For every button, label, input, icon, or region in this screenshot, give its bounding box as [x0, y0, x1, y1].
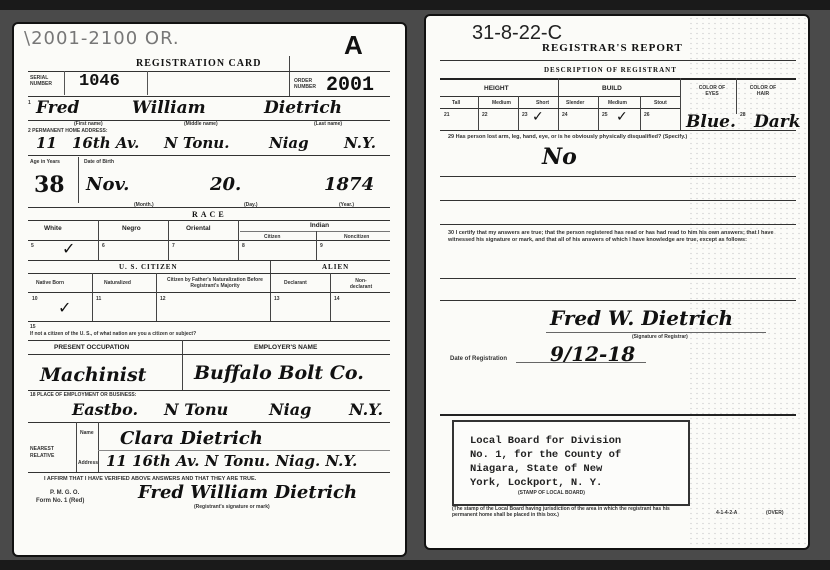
stamp-sub: (STAMP OF LOCAL BOARD): [518, 490, 585, 496]
non-declarant-label: Non-declarant: [346, 278, 376, 290]
race-num: 7: [172, 243, 175, 249]
divider: [28, 240, 390, 241]
divider: [168, 220, 169, 260]
race-num: 8: [242, 243, 245, 249]
stamp-line-3: Niagara, State of New: [470, 462, 602, 476]
q29-label: 29 Has person lost arm, leg, hand, eye, …: [448, 134, 788, 141]
signature-caption: (Registrant's signature or mark): [194, 504, 270, 510]
employer-value: Buffalo Bolt Co.: [194, 362, 364, 384]
employment-county: Niag: [269, 400, 311, 419]
declarant-label: Declarant: [284, 280, 307, 286]
occupation-value: Machinist: [40, 364, 146, 386]
divider: [440, 96, 680, 97]
relative-address-label: Address: [78, 460, 98, 466]
divider: [98, 220, 99, 260]
registration-card-front: \2001-2100 OR. A REGISTRATION CARD SERIA…: [12, 22, 407, 557]
hair-color-label: COLOR OF HAIR: [746, 85, 780, 97]
form-id: P. M. G. O.: [50, 490, 79, 496]
divider: [640, 96, 641, 130]
registrars-report-back: 31-8-22-C REGISTRAR'S REPORT DESCRIPTION…: [424, 14, 810, 550]
divider: [440, 78, 796, 80]
form-name: Form No. 1 (Red): [36, 498, 84, 504]
build-medium-checkmark: ✓: [616, 109, 628, 125]
employer-label: EMPLOYER'S NAME: [254, 344, 317, 351]
divider: [28, 220, 390, 221]
divider: [28, 155, 390, 156]
divider: [238, 220, 239, 260]
employment-state: N.Y.: [349, 400, 383, 419]
hair-color-value: Dark: [754, 112, 801, 132]
card-title: REGISTRATION CARD: [136, 58, 261, 69]
divider: [28, 207, 390, 208]
desc-num: 21: [444, 112, 450, 118]
occupation-label: PRESENT OCCUPATION: [54, 344, 129, 351]
serial-box: 1046: [64, 71, 148, 95]
registration-date-label: Date of Registration: [450, 356, 507, 362]
q30-label: 30 I certify that my answers are true; t…: [448, 230, 788, 244]
native-born-checkmark: ✓: [58, 298, 71, 317]
divider: [28, 422, 390, 423]
divider: [330, 273, 331, 321]
race-white-checkmark: ✓: [62, 239, 75, 258]
bottom-border: [0, 560, 830, 570]
serial-label: SERIAL NUMBER: [30, 75, 60, 87]
pencil-note: \2001-2100 OR.: [24, 28, 180, 49]
cit-num: 14: [334, 296, 340, 302]
relative-label: NEAREST RELATIVE: [30, 446, 70, 460]
height-short: Short: [536, 100, 549, 106]
desc-num: 24: [562, 112, 568, 118]
name-last: Dietrich: [264, 98, 342, 118]
stamp-line-2: No. 1, for the County of: [470, 448, 621, 462]
divider: [440, 200, 796, 201]
divider: [182, 340, 183, 390]
divider: [478, 96, 479, 130]
dob-month: Nov.: [86, 174, 129, 195]
race-white-label: White: [44, 225, 62, 232]
divider: [440, 278, 796, 279]
divider: [28, 273, 390, 274]
race-num: 5: [31, 243, 34, 249]
divider: [270, 261, 271, 321]
q15-label: If not a citizen of the U. S., of what n…: [30, 331, 196, 337]
divider: [516, 362, 646, 363]
native-born-label: Native Born: [36, 280, 64, 286]
dob-label: Date of Birth: [84, 159, 114, 165]
dob-day: 20.: [210, 174, 241, 195]
race-num: 9: [320, 243, 323, 249]
q29-answer: No: [542, 144, 577, 170]
name-first: Fred: [36, 98, 79, 118]
employment-place-label: 18 PLACE OF EMPLOYMENT OR BUSINESS:: [30, 392, 136, 398]
divider: [28, 96, 390, 97]
home-city: N Tonu.: [164, 134, 229, 152]
alien-title: ALIEN: [322, 263, 349, 271]
height-title: HEIGHT: [484, 85, 509, 92]
age-value: 38: [34, 172, 65, 198]
order-label: ORDER NUMBER: [294, 78, 322, 90]
serial-number: 1046: [79, 72, 120, 91]
divider: [546, 332, 766, 333]
divider: [78, 157, 79, 203]
build-title: BUILD: [602, 85, 622, 92]
cit-num: 11: [96, 296, 101, 302]
divider: [28, 292, 390, 293]
order-number: 2001: [326, 74, 374, 97]
divider: [28, 472, 390, 473]
divider: [28, 390, 390, 391]
race-title: RACE: [192, 210, 227, 219]
name-sub-middle: (Middle name): [184, 121, 218, 127]
height-medium: Medium: [492, 100, 511, 106]
eye-color-value: Blue.: [686, 112, 736, 132]
desc-num: 25: [602, 112, 608, 118]
divider: [156, 273, 157, 321]
name-sub-last: (Last name): [314, 121, 342, 127]
employment-city: N Tonu: [164, 400, 228, 419]
form-code: 4-1-4-2-A: [716, 510, 737, 516]
build-medium: Medium: [608, 100, 627, 106]
desc-num: 23: [522, 112, 528, 118]
divider: [28, 340, 390, 341]
cit-num: 13: [274, 296, 280, 302]
divider: [440, 224, 796, 225]
divider: [680, 78, 681, 130]
divider: [98, 450, 390, 451]
home-street: 16th Av.: [72, 134, 139, 152]
divider: [558, 78, 559, 130]
home-state: N.Y.: [344, 134, 376, 152]
over-label: (OVER): [766, 510, 784, 516]
divider: [92, 273, 93, 321]
desc-num: 28: [740, 112, 746, 118]
naturalized-label: Naturalized: [104, 280, 131, 286]
description-title: DESCRIPTION OF REGISTRANT: [544, 66, 677, 74]
age-label: Age in Years: [30, 159, 60, 165]
us-citizen-title: U. S. CITIZEN: [119, 263, 178, 271]
citizen-by-father-label: Citizen by Father's Naturalization Befor…: [166, 277, 264, 289]
divider: [440, 60, 796, 61]
divider: [518, 96, 519, 130]
divider: [440, 176, 796, 177]
desc-num: 22: [482, 112, 488, 118]
registrant-signature: Fred William Dietrich: [138, 482, 357, 503]
name-middle: William: [132, 98, 206, 118]
divider: [289, 56, 290, 96]
race-num: 6: [102, 243, 105, 249]
cit-num: 10: [32, 296, 38, 302]
field-number: 1: [28, 100, 31, 106]
divider: [28, 260, 390, 261]
race-indian-label: Indian: [310, 222, 329, 229]
divider: [76, 422, 77, 472]
employment-street: Eastbo.: [72, 400, 138, 419]
divider: [98, 422, 99, 472]
divider: [440, 108, 680, 109]
build-slender: Slender: [566, 100, 584, 106]
divider: [736, 78, 737, 114]
dob-year: 1874: [324, 174, 374, 195]
home-county: Niag: [269, 134, 309, 152]
relative-name-label: Name: [80, 430, 94, 436]
divider: [240, 231, 390, 232]
divider: [28, 354, 390, 355]
divider: [440, 130, 796, 131]
cit-num: 12: [160, 296, 166, 302]
report-title: REGISTRAR'S REPORT: [542, 42, 683, 54]
top-border: [0, 0, 830, 10]
home-number: 11: [36, 134, 57, 152]
build-stout: Stout: [654, 100, 667, 106]
card-letter: A: [344, 30, 363, 61]
registrar-signature-caption: (Signature of Registrar): [632, 334, 688, 340]
height-short-checkmark: ✓: [532, 109, 544, 125]
stamp-caption: (The stamp of the Local Board having jur…: [452, 506, 692, 518]
relative-name-value: Clara Dietrich: [120, 428, 263, 449]
field-number: 15: [30, 324, 36, 330]
divider: [28, 321, 390, 322]
local-board-stamp-box: Local Board for Division No. 1, for the …: [452, 420, 690, 506]
divider: [316, 231, 317, 260]
divider: [440, 300, 796, 301]
stamp-line-4: York, Lockport, N. Y.: [470, 476, 602, 490]
desc-num: 26: [644, 112, 650, 118]
registrar-signature: Fred W. Dietrich: [550, 306, 733, 330]
name-sub-first: (First name): [74, 121, 103, 127]
relative-address-value: 11 16th Av. N Tonu. Niag. N.Y.: [106, 452, 357, 470]
race-negro-label: Negro: [122, 225, 141, 232]
stamp-line-1: Local Board for Division: [470, 434, 621, 448]
divider: [440, 414, 796, 416]
race-oriental-label: Oriental: [186, 225, 211, 232]
divider: [598, 96, 599, 130]
height-tall: Tall: [452, 100, 460, 106]
eye-color-label: COLOR OF EYES: [696, 85, 728, 97]
